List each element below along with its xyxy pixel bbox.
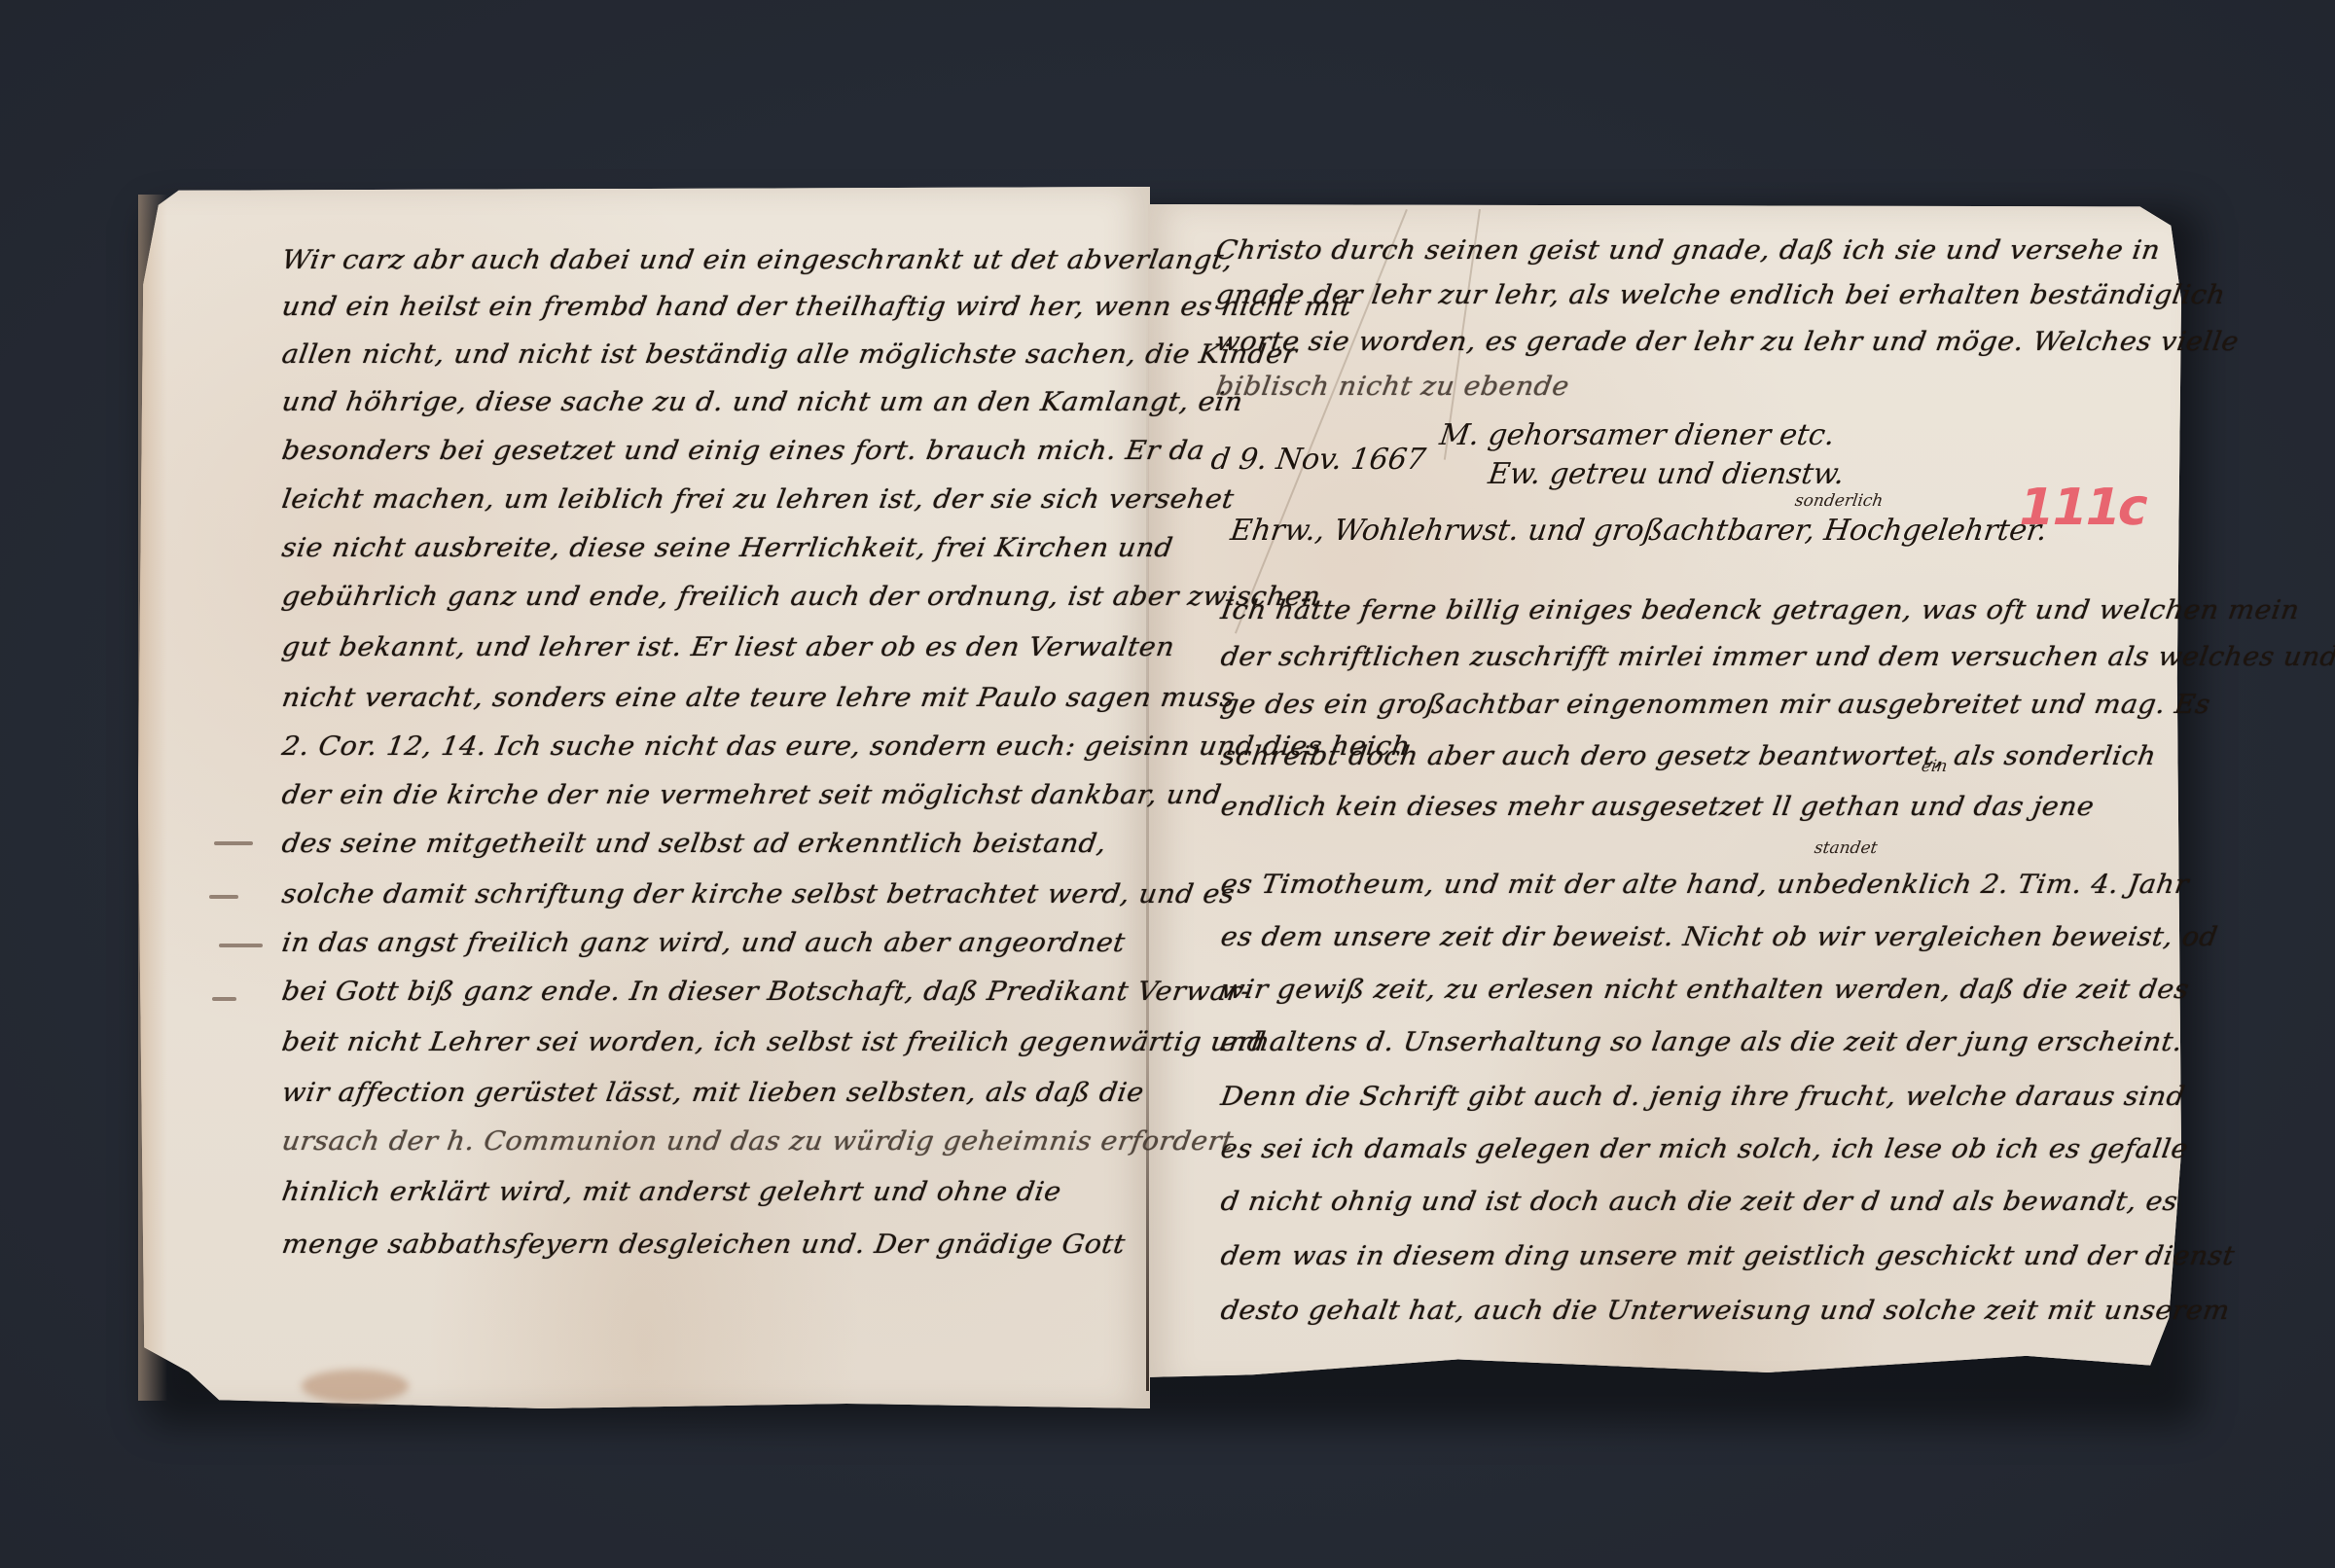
- manuscript-line: der ein die kirche der nie vermehret sei…: [280, 780, 1224, 810]
- manuscript-line: dem was in diesem ding unsere mit geistl…: [1219, 1241, 2237, 1271]
- manuscript-line: erhaltens d. Unserhaltung so lange als d…: [1219, 1027, 2185, 1057]
- manuscript-line: ge des ein großachtbar eingenommen mir a…: [1219, 690, 2212, 720]
- manuscript-line: menge sabbathsfeyern desgleichen und. De…: [280, 1229, 1128, 1260]
- manuscript-line: es sei ich damals gelegen der mich solch…: [1219, 1134, 2191, 1164]
- photo-stage: Wir carz abr auch dabei und ein eingesch…: [0, 0, 2335, 1568]
- manuscript-line: besonders bei gesetzet und einig eines f…: [280, 436, 1207, 466]
- manuscript-line: d nicht ohnig und ist doch auch die zeit…: [1219, 1187, 2180, 1217]
- salutation-line: Ehrw., Wohlehrwst. und großachtbarer, Ho…: [1229, 514, 2050, 548]
- manuscript-line: Denn die Schrift gibt auch d. jenig ihre…: [1219, 1082, 2187, 1112]
- manuscript-line: der schriftlichen zuschrifft mirlei imme…: [1219, 642, 2335, 672]
- interlinear-note: sonderlich: [1794, 491, 1885, 511]
- manuscript-line: ursach der h. Communion und das zu würdi…: [280, 1126, 1236, 1157]
- letter-date: d 9. Nov. 1667: [1209, 443, 1428, 477]
- closing-line: Ew. getreu und dienstw.: [1487, 457, 1847, 491]
- manuscript-line: gebührlich ganz und ende, freilich auch …: [280, 582, 1323, 612]
- manuscript-line: Wir carz abr auch dabei und ein eingesch…: [280, 245, 1236, 275]
- manuscript-line: schreibt doch aber auch dero gesetz bean…: [1219, 741, 2159, 771]
- manuscript-line: endlich kein dieses mehr ausgesetzet ll …: [1219, 792, 2097, 822]
- manuscript-line: leicht machen, um leiblich frei zu lehre…: [280, 484, 1237, 515]
- manuscript-line: wir gewiß zeit, zu erlesen nicht enthalt…: [1219, 975, 2191, 1005]
- manuscript-line: allen nicht, und nicht ist beständig all…: [280, 339, 1299, 370]
- manuscript-line: biblisch nicht zu ebende: [1214, 372, 1571, 402]
- manuscript-line: Ich hätte ferne billig einiges bedenck g…: [1219, 595, 2302, 625]
- manuscript-line: sie nicht ausbreite, diese seine Herrlic…: [280, 533, 1175, 563]
- interlinear-note: standet: [1814, 838, 1879, 858]
- manuscript-line: beit nicht Lehrer sei worden, ich selbst…: [280, 1027, 1268, 1057]
- manuscript-line: solche damit schriftung der kirche selbs…: [280, 879, 1238, 909]
- interlinear-note: ein: [1921, 757, 1949, 776]
- manuscript-line: des seine mitgetheilt und selbst ad erke…: [280, 829, 1109, 859]
- manuscript-line: es Timotheum, und mit der alte hand, unb…: [1219, 870, 2191, 900]
- manuscript-line: gut bekannt, und lehrer ist. Er liest ab…: [280, 632, 1177, 662]
- manuscript-line: hinlich erklärt wird, mit anderst gelehr…: [280, 1177, 1063, 1207]
- water-stain: [302, 1370, 409, 1403]
- folio-number: 111c: [2013, 479, 2153, 537]
- manuscript-line: bei Gott biß ganz ende. In dieser Botsch…: [280, 977, 1253, 1007]
- manuscript-line: worte sie worden, es gerade der lehr zu …: [1214, 327, 2242, 357]
- manuscript-line: und höhrige, diese sache zu d. und nicht…: [280, 387, 1245, 417]
- manuscript-line: Christo durch seinen geist und gnade, da…: [1214, 235, 2163, 266]
- manuscript-line: nicht veracht, sonders eine alte teure l…: [280, 683, 1238, 713]
- manuscript-line: wir affection gerüstet lässt, mit lieben…: [280, 1078, 1146, 1108]
- manuscript-line: gnade der lehr zur lehr, als welche endl…: [1214, 280, 2228, 310]
- closing-line: M. gehorsamer diener etc.: [1438, 418, 1837, 452]
- manuscript-line: es dem unsere zeit dir beweist. Nicht ob…: [1219, 922, 2220, 952]
- manuscript-line: desto gehalt hat, auch die Unterweisung …: [1219, 1296, 2232, 1326]
- manuscript-line: und ein heilst ein frembd hand der theil…: [280, 292, 1354, 322]
- manuscript-line: in das angst freilich ganz wird, und auc…: [280, 928, 1128, 958]
